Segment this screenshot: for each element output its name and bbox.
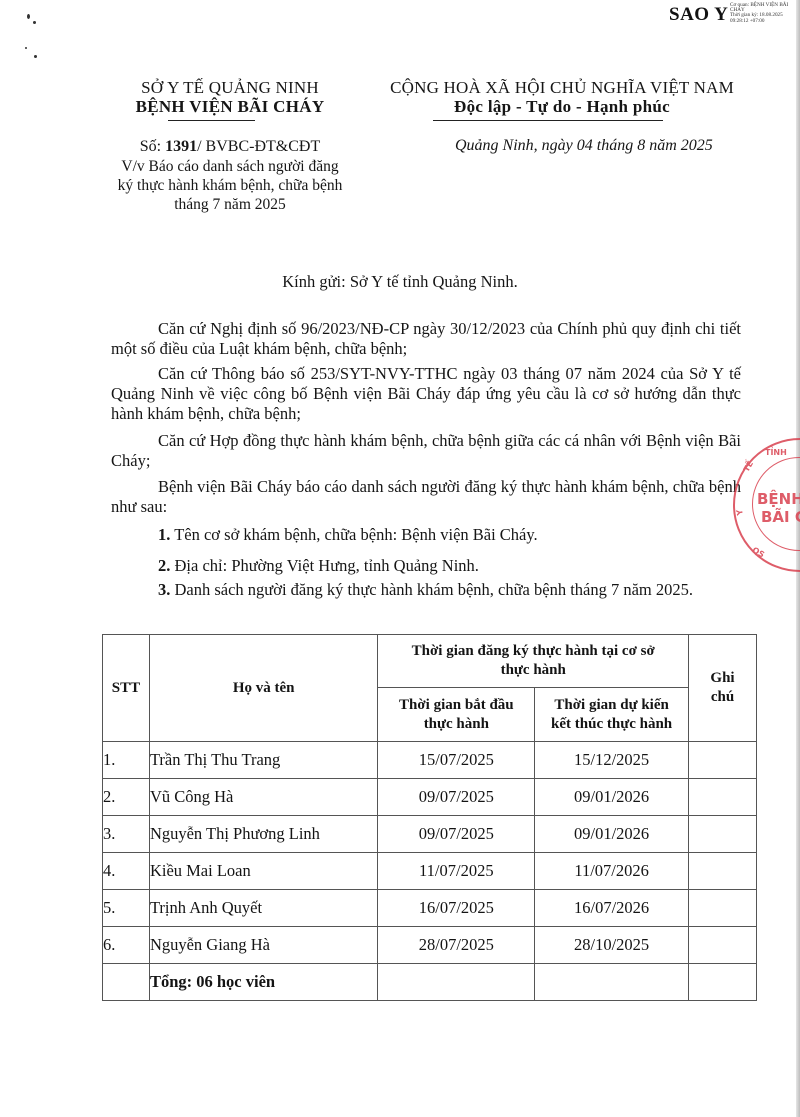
row-name: Nguyễn Thị Phương Linh: [149, 816, 378, 853]
hospital-underline: [168, 120, 255, 121]
row-end-date: 28/10/2025: [535, 927, 689, 964]
total-start: [378, 964, 535, 1001]
list-item-registrants: 3. Danh sách người đăng ký thực hành khá…: [111, 580, 741, 600]
basis-paragraph-3: Căn cứ Hợp đồng thực hành khám bệnh, chữ…: [111, 431, 741, 471]
row-start-date: 16/07/2025: [378, 890, 535, 927]
table-row: 6.Nguyễn Giang Hà28/07/202528/10/2025: [103, 927, 757, 964]
total-end: [535, 964, 689, 1001]
row-end-date: 15/12/2025: [535, 742, 689, 779]
row-name: Trịnh Anh Quyết: [149, 890, 378, 927]
document-number: Số: 1391/ BVBC-ĐT&CĐT: [92, 138, 368, 156]
row-note: [689, 853, 757, 890]
row-name: Nguyễn Giang Hà: [149, 927, 378, 964]
row-end-date: 09/01/2026: [535, 779, 689, 816]
header-note: Ghi chú: [689, 635, 757, 742]
row-end-date: 11/07/2026: [535, 853, 689, 890]
row-stt: 6.: [103, 927, 150, 964]
table-row: 1.Trần Thị Thu Trang15/07/202515/12/2025: [103, 742, 757, 779]
total-note: [689, 964, 757, 1001]
scan-speck: [27, 14, 30, 19]
list-item-address: 2. Địa chỉ: Phường Việt Hưng, tỉnh Quảng…: [158, 556, 479, 576]
row-name: Trần Thị Thu Trang: [149, 742, 378, 779]
national-motto: Độc lập - Tự do - Hạnh phúc: [362, 97, 762, 117]
row-stt: 5.: [103, 890, 150, 927]
hospital-name: BỆNH VIỆN BÃI CHÁY: [92, 97, 368, 117]
motto-underline: [433, 120, 663, 121]
copy-stamp-meta: Cơ quan: BỆNH VIỆN BÃI CHÁY Thời gian ký…: [730, 3, 800, 24]
header-end: Thời gian dự kiến kết thúc thực hành: [535, 688, 689, 742]
recipient-line: Kính gửi: Sở Y tế tỉnh Quảng Ninh.: [0, 272, 800, 292]
row-stt: 3.: [103, 816, 150, 853]
copy-stamp-time: Thời gian ký: 18.08.2025 09:28:12 +07:00: [730, 13, 800, 23]
table-row: 3.Nguyễn Thị Phương Linh09/07/202509/01/…: [103, 816, 757, 853]
table-row: 2.Vũ Công Hà09/07/202509/01/2026: [103, 779, 757, 816]
document-number-value: 1391: [165, 138, 197, 155]
department-name: SỞ Y TẾ QUẢNG NINH: [92, 78, 368, 98]
row-name: Vũ Công Hà: [149, 779, 378, 816]
header-stt: STT: [103, 635, 150, 742]
header-period-group: Thời gian đăng ký thực hành tại cơ sở th…: [378, 635, 689, 688]
table-row: 4.Kiều Mai Loan11/07/202511/07/2026: [103, 853, 757, 890]
scan-speck: [33, 21, 36, 24]
row-note: [689, 927, 757, 964]
row-end-date: 09/01/2026: [535, 816, 689, 853]
row-note: [689, 779, 757, 816]
row-start-date: 15/07/2025: [378, 742, 535, 779]
total-label: Tổng: 06 học viên: [149, 964, 378, 1001]
row-stt: 2.: [103, 779, 150, 816]
table-row: 5.Trịnh Anh Quyết16/07/202516/07/2026: [103, 890, 757, 927]
basis-paragraph-1: Căn cứ Nghị định số 96/2023/NĐ-CP ngày 3…: [111, 319, 741, 359]
row-start-date: 09/07/2025: [378, 816, 535, 853]
report-intro-paragraph: Bệnh viện Bãi Cháy báo cáo danh sách ngư…: [111, 477, 741, 517]
row-start-date: 28/07/2025: [378, 927, 535, 964]
row-start-date: 11/07/2025: [378, 853, 535, 890]
basis-paragraph-2: Căn cứ Thông báo số 253/SYT-NVY-TTHC ngà…: [111, 364, 741, 424]
row-end-date: 16/07/2026: [535, 890, 689, 927]
list-item-facility: 1. Tên cơ sở khám bệnh, chữa bệnh: Bệnh …: [158, 525, 538, 545]
row-note: [689, 816, 757, 853]
total-stt: [103, 964, 150, 1001]
row-note: [689, 890, 757, 927]
document-subject: V/v Báo cáo danh sách người đăng ký thực…: [92, 157, 368, 214]
row-name: Kiều Mai Loan: [149, 853, 378, 890]
table-total-row: Tổng: 06 học viên: [103, 964, 757, 1001]
nation-name: CỘNG HOÀ XÃ HỘI CHỦ NGHĨA VIỆT NAM: [362, 78, 762, 98]
row-start-date: 09/07/2025: [378, 779, 535, 816]
hospital-seal: TỈNH TẾ Y QS BỆNH BÃI C: [733, 438, 800, 572]
row-stt: 1.: [103, 742, 150, 779]
header-name: Họ và tên: [149, 635, 378, 742]
row-note: [689, 742, 757, 779]
scan-speck: [25, 47, 27, 49]
scan-speck: [34, 55, 37, 58]
copy-stamp-label: SAO Y: [669, 4, 728, 26]
registration-table: STT Họ và tên Thời gian đăng ký thực hàn…: [102, 634, 757, 1001]
header-start: Thời gian bắt đầu thực hành: [378, 688, 535, 742]
place-date: Quảng Ninh, ngày 04 tháng 8 năm 2025: [455, 137, 713, 155]
row-stt: 4.: [103, 853, 150, 890]
